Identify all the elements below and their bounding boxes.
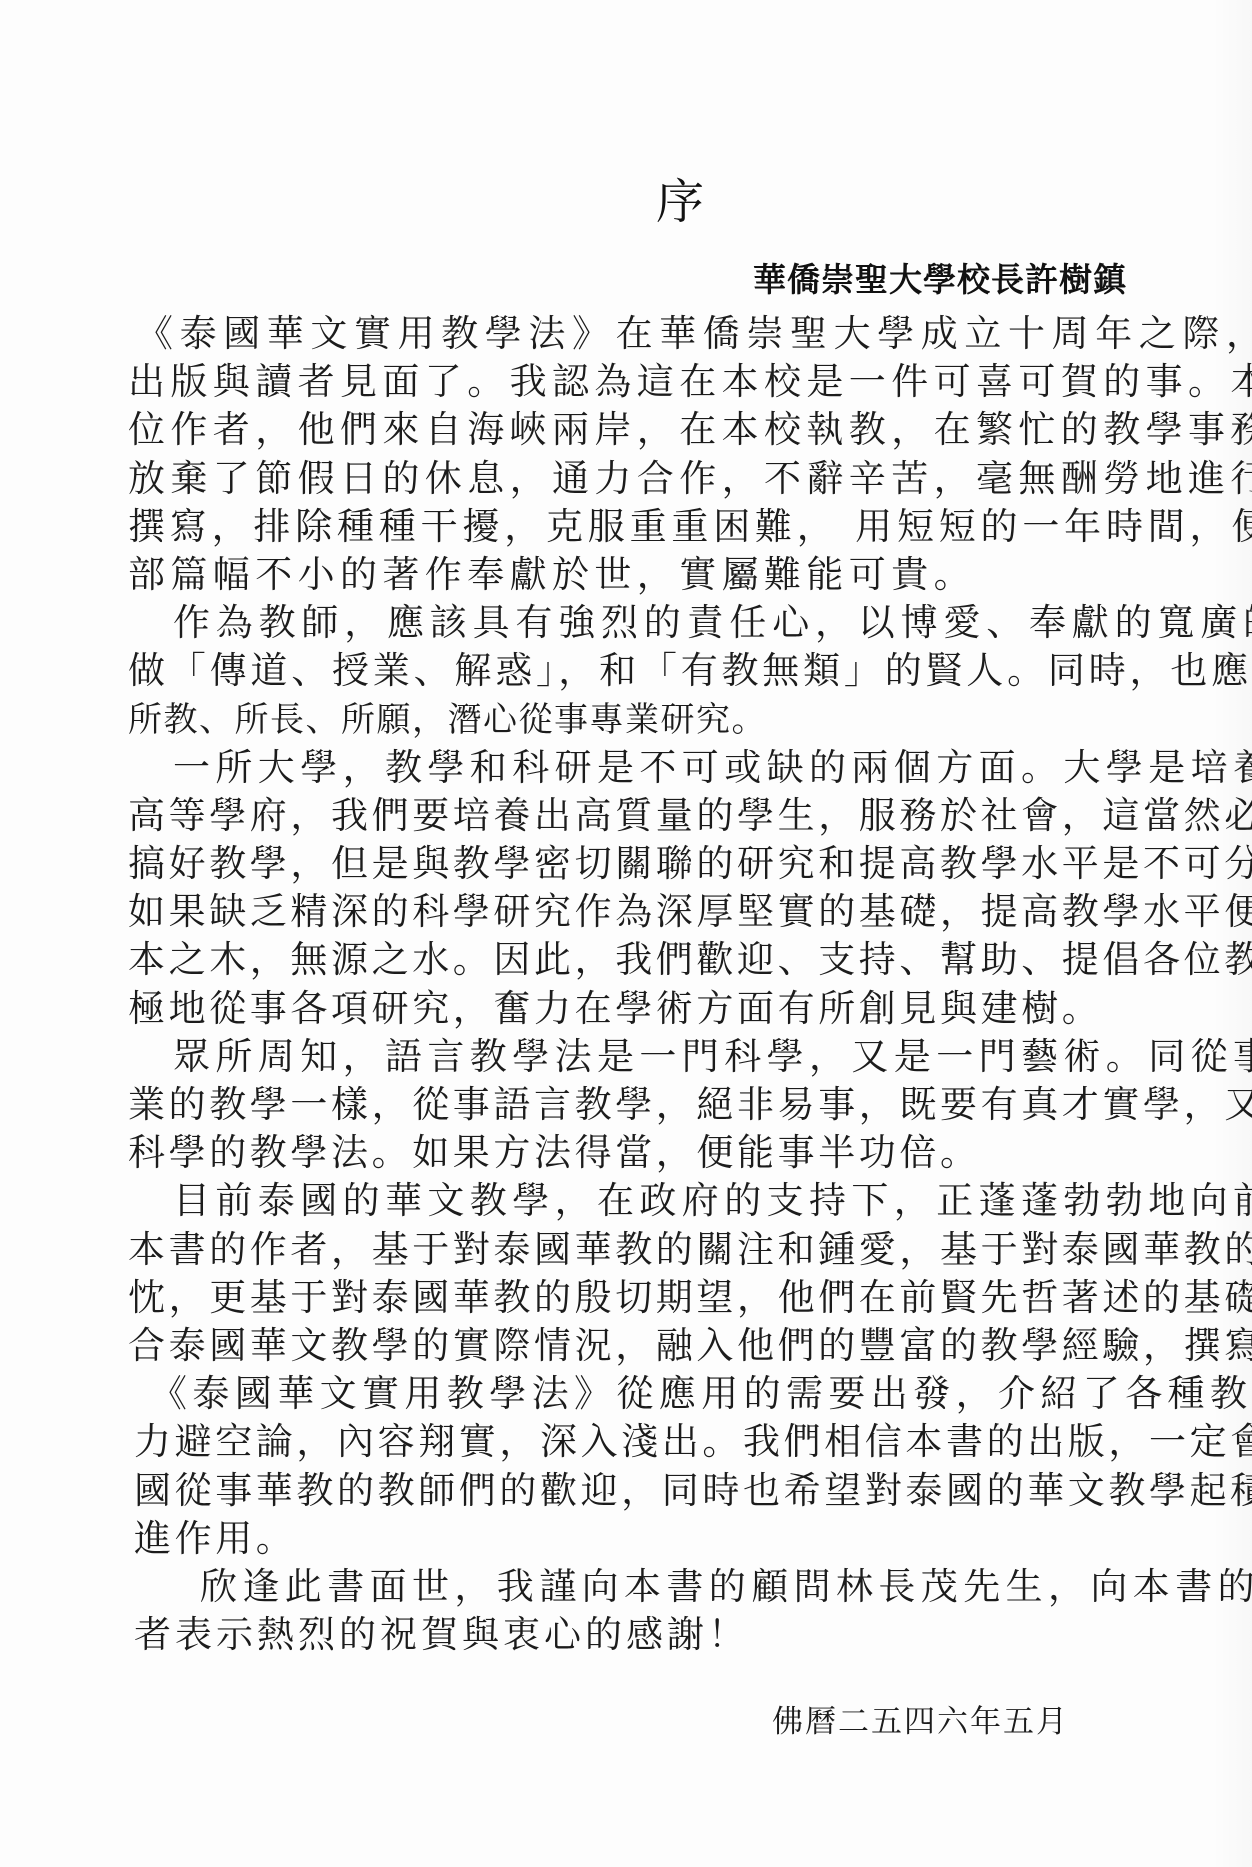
text-line: 科學的教學法。如果方法得當，便能事半功倍。	[128, 1129, 1148, 1177]
text-line: 一所大學，教學和科研是不可或缺的兩個方面。大學是培養人才的	[128, 744, 1148, 792]
text-line: 力避空論，內容翔實，深入淺出。我們相信本書的出版，一定會受到泰	[128, 1418, 1148, 1466]
text-line: 業的教學一樣，從事語言教學，絕非易事，既要有真才實學，又要掌握	[128, 1081, 1148, 1129]
paragraph: 《泰國華文實用教學法》在華僑崇聖大學成立十周年之際，就要 出版與讀者見面了。我認…	[128, 310, 1148, 599]
page-title: 序	[650, 172, 710, 232]
paragraph: 目前泰國的華文教學，在政府的支持下，正蓬蓬勃勃地向前發展。 本書的作者，基于對泰…	[128, 1177, 1148, 1370]
text-line: 者表示熱烈的祝賀與衷心的感謝！	[128, 1611, 1148, 1659]
text-line: 做「傳道、授業、解惑」，和「有教無類」的賢人。同時，也應以己之	[128, 647, 1148, 695]
text-line: 目前泰國的華文教學，在政府的支持下，正蓬蓬勃勃地向前發展。	[128, 1177, 1148, 1225]
paragraph: 欣逢此書面世，我謹向本書的顧問林長茂先生，向本書的三位作 者表示熱烈的祝賀與衷心…	[128, 1563, 1148, 1659]
text-line: 《泰國華文實用教學法》在華僑崇聖大學成立十周年之際，就要	[128, 310, 1148, 358]
paragraph: 眾所周知，語言教學法是一門科學，又是一門藝術。同從事其它專 業的教學一樣，從事語…	[128, 1033, 1148, 1178]
author-line: 華僑崇聖大學校長許樹鎮	[753, 258, 1127, 302]
text-line: 撰寫，排除種種干擾，克服重重困難， 用短短的一年時間，便將這	[128, 503, 1148, 551]
paragraph: 一所大學，教學和科研是不可或缺的兩個方面。大學是培養人才的 高等學府，我們要培養…	[128, 744, 1148, 1033]
text-line: 出版與讀者見面了。我認為這在本校是一件可喜可賀的事。本書的三	[128, 358, 1148, 406]
text-line: 《泰國華文實用教學法》從應用的需要出發，介紹了各種教學法，	[128, 1370, 1148, 1418]
preface-body: 《泰國華文實用教學法》在華僑崇聖大學成立十周年之際，就要 出版與讀者見面了。我認…	[128, 310, 1148, 1659]
text-line: 放棄了節假日的休息，通力合作，不辭辛苦，毫無酬勞地進行研究、	[128, 455, 1148, 503]
paragraph: 作為教師，應該具有強烈的責任心，以博愛、奉獻的寬廣的胸懷， 做「傳道、授業、解惑…	[128, 599, 1148, 744]
text-line: 高等學府，我們要培養出高質量的學生，服務於社會，這當然必須首先	[128, 792, 1148, 840]
text-line: 搞好教學，但是與教學密切關聯的研究和提高教學水平是不可分割的。	[128, 840, 1148, 888]
text-line: 作為教師，應該具有強烈的責任心，以博愛、奉獻的寬廣的胸懷，	[128, 599, 1148, 647]
text-line: 合泰國華文教學的實際情況，融入他們的豐富的教學經驗，撰寫了本書。	[128, 1322, 1148, 1370]
text-line: 本書的作者，基于對泰國華教的關注和鍾愛，基于對泰國華教的滿腔熱	[128, 1226, 1148, 1274]
text-line: 本之木，無源之水。因此，我們歡迎、支持、幫助、提倡各位教師，積	[128, 936, 1148, 984]
text-line: 如果缺乏精深的科學研究作為深厚堅實的基礎，提高教學水平便猶如無	[128, 888, 1148, 936]
text-line: 進作用。	[128, 1515, 1148, 1563]
text-line: 眾所周知，語言教學法是一門科學，又是一門藝術。同從事其它專	[128, 1033, 1148, 1081]
signature-date: 佛曆二五四六年五月	[772, 1700, 1069, 1744]
text-line: 忱，更基于對泰國華教的殷切期望，他們在前賢先哲著述的基礎上，結	[128, 1274, 1148, 1322]
text-line: 位作者，他們來自海峽兩岸，在本校執教，在繁忙的教學事務之餘，	[128, 406, 1148, 454]
text-line: 極地從事各項研究，奮力在學術方面有所創見與建樹。	[128, 985, 1148, 1033]
text-line: 所教、所長、所願，潛心從事專業研究。	[128, 696, 1148, 744]
text-line: 欣逢此書面世，我謹向本書的顧問林長茂先生，向本書的三位作	[128, 1563, 1148, 1611]
document-page: 序 華僑崇聖大學校長許樹鎮 《泰國華文實用教學法》在華僑崇聖大學成立十周年之際，…	[0, 0, 1252, 1867]
text-line: 國從事華教的教師們的歡迎，同時也希望對泰國的華文教學起積極的促	[128, 1467, 1148, 1515]
paragraph: 《泰國華文實用教學法》從應用的需要出發，介紹了各種教學法， 力避空論，內容翔實，…	[128, 1370, 1148, 1563]
text-line: 部篇幅不小的著作奉獻於世，實屬難能可貴。	[128, 551, 1148, 599]
